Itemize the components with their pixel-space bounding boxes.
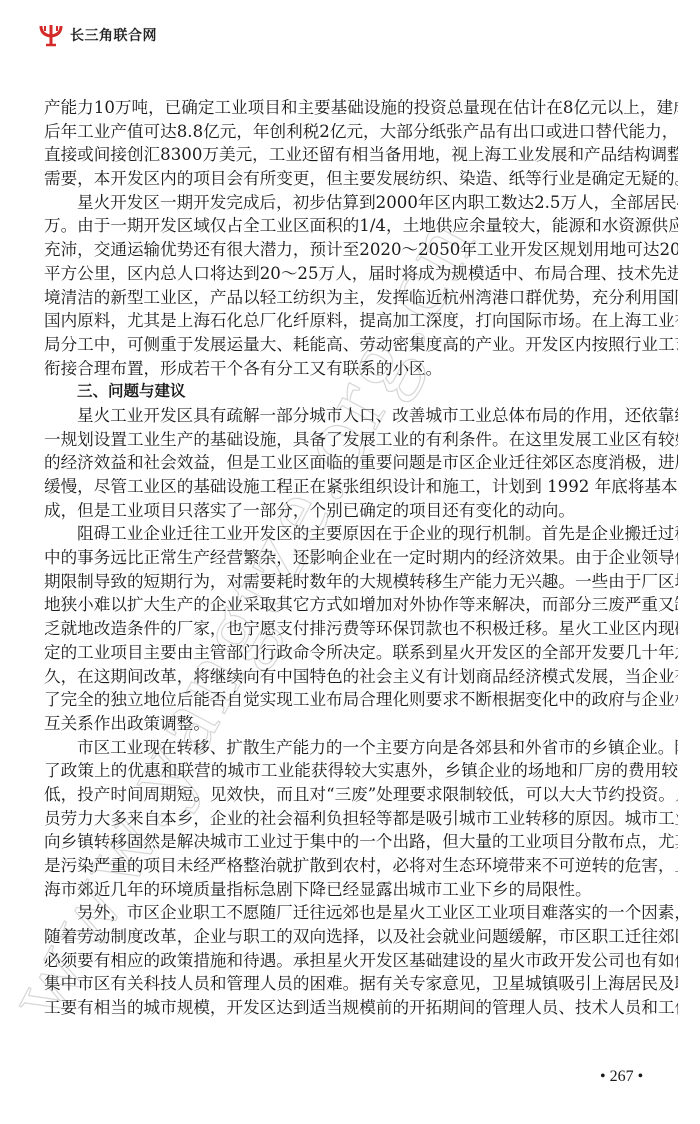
text-line: 衔接合理布置，形成若干个各有分工又有联系的小区。 [44,357,678,381]
document-body: 产能力10万吨，已确定工业项目和主要基础设施的投资总量现在估计在8亿元以上，建成… [44,96,678,1020]
text-line: 随着劳动制度改革，企业与职工的双向选择，以及社会就业问题缓解，市区职工迁往郊区 [44,925,678,949]
text-line: 集中市区有关科技人员和管理人员的困难。据有关专家意见，卫星城镇吸引上海居民及职 [44,972,678,996]
text-line: 成，但是工业项目只落实了一部分，个别已确定的项目还有变化的动向。 [44,499,678,523]
text-line: 市区工业现在转移、扩散生产能力的一个主要方向是各郊县和外省市的乡镇企业。除 [44,736,678,760]
text-line: 需要，本开发区内的项目会有所变更，但主要发展纺织、染造、纸等行业是确定无疑的。 [44,167,678,191]
text-line: 星火工业开发区具有疏解一部分城市人口、改善城市工业总体布局的作用，还依靠统 [44,404,678,428]
text-line: 乏就地改造条件的厂家，也宁愿支付排污费等环保罚款也不积极迁移。星火工业区内现确 [44,617,678,641]
text-line: 万。由于一期开发区域仅占全工业区面积的1/4，土地供应余量较大，能源和水资源供应 [44,214,678,238]
psi-logo-icon [38,23,64,47]
text-line: 中的事务远比正常生产经营繁杂，还影响企业在一定时期内的经济效果。由于企业领导任 [44,546,678,570]
text-line: 局分工中，可侧重于发展运量大、耗能高、劳动密集度高的产业。开发区内按照行业工艺 [44,333,678,357]
text-line: 互关系作出政策调整。 [44,712,678,736]
text-line: 向乡镇转移固然是解决城市工业过于集中的一个出路，但大量的工业项目分散布点，尤其 [44,830,678,854]
text-line: 阻碍工业企业迁往工业开发区的主要原因在于企业的现行机制。首先是企业搬迁过程 [44,522,678,546]
site-header: 长三角联合网 [38,22,157,48]
text-line: 一规划设置工业生产的基础设施，具备了发展工业的有利条件。在这里发展工业区有较好 [44,428,678,452]
text-line: 星火开发区一期开发完成后，初步估算到2000年区内职工数达2.5万人，全部居民4… [44,191,678,215]
text-line: 了完全的独立地位后能否自觉实现工业布局合理化则要求不断根据变化中的政府与企业相 [44,688,678,712]
text-line: 地狭小难以扩大生产的企业采取其它方式如增加对外协作等来解决，而部分三废严重又缺 [44,593,678,617]
section-heading: 三、问题与建议 [44,380,678,404]
text-line: 后年工业产值可达8.8亿元，年创利税2亿元，大部分纸张产品有出口或进口替代能力，… [44,120,678,144]
text-line: 平方公里，区内总人口将达到20～25万人，届时将成为规模适中、布局合理、技术先进… [44,262,678,286]
text-line: 员劳力大多来自本乡，企业的社会福利负担轻等都是吸引城市工业转移的原因。城市工业 [44,807,678,831]
text-line: 是污染严重的项目未经严格整治就扩散到农村，必将对生态环境带来不可逆转的危害，上 [44,854,678,878]
text-line: 境清洁的新型工业区，产品以轻工纺织为主，发挥临近杭州湾港口群优势，充分利用国际 [44,286,678,310]
text-line: 缓慢，尽管工业区的基础设施工程正在紧张组织设计和施工，计划到 1992 年底将基… [44,475,678,499]
site-name: 长三角联合网 [70,25,157,45]
text-line: 定的工业项目主要由主管部门行政命令所决定。联系到星火开发区的全部开发要几十年之 [44,641,678,665]
text-line: 充沛，交通运输优势还有很大潜力，预计至2020～2050年工业开发区规划用地可达… [44,238,678,262]
text-line: 低，投产时间周期短。见效快，而且对“三废”处理要求限制较低，可以大大节约投资。人 [44,783,678,807]
text-line: 海市郊近几年的环境质量指标急剧下降已经显露出城市工业下乡的局限性。 [44,878,678,902]
page-number: • 267 • [600,1068,643,1086]
text-line: 的经济效益和社会效益，但是工业区面临的重要问题是市区企业迁往郊区态度消极，进展 [44,451,678,475]
text-line: 必须要有相应的政策措施和待遇。承担星火开发区基础建设的星火市政开发公司也有如何 [44,949,678,973]
text-line: 产能力10万吨，已确定工业项目和主要基础设施的投资总量现在估计在8亿元以上，建成 [44,96,678,120]
text-line: 国内原料，尤其是上海石化总厂化纤原料，提高加工深度，打向国际市场。在上海工业布 [44,309,678,333]
text-line: 期限制导致的短期行为，对需要耗时数年的大规模转移生产能力无兴趣。一些由于厂区场 [44,570,678,594]
text-line: 久，在这期间改革，将继续向有中国特色的社会主义有计划商品经济模式发展，当企业有 [44,665,678,689]
text-line: 直接或间接创汇8300万美元，工业还留有相当备用地，视上海工业发展和产品结构调整… [44,143,678,167]
text-line: 另外，市区企业职工不愿随厂迁往远郊也是星火工业区工业项目难落实的一个因素， [44,901,678,925]
text-line: 工要有相当的城市规模，开发区达到适当规模前的开拓期间的管理人员、技术人员和工作 [44,996,678,1020]
text-line: 了政策上的优惠和联营的城市工业能获得较大实惠外，乡镇企业的场地和厂房的费用较 [44,759,678,783]
